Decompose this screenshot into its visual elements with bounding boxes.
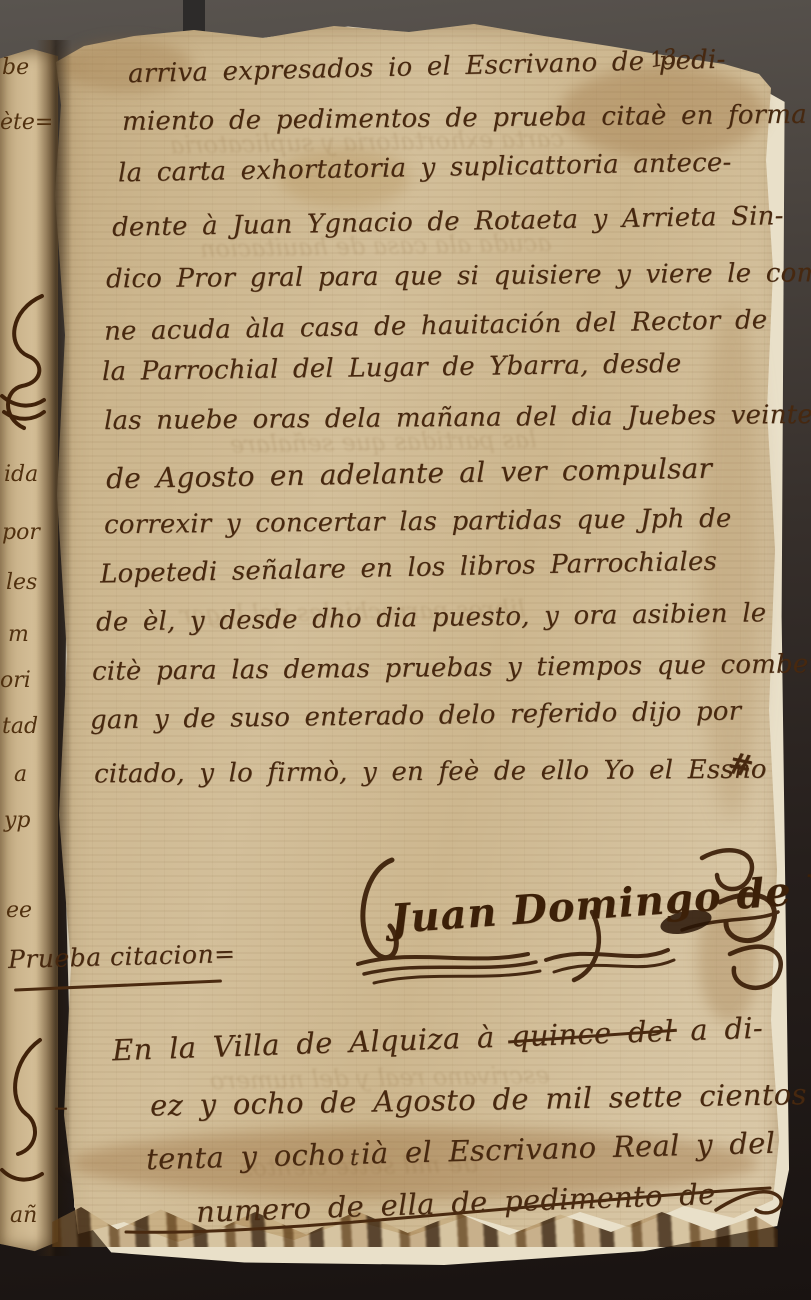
prev-page-fragment: añ	[10, 1203, 37, 1228]
prev-page-fragment: les	[6, 570, 37, 595]
line-text: a di-	[673, 1011, 763, 1048]
prev-page-fragment: por	[2, 520, 40, 545]
prev-page-fragment: ida	[4, 462, 38, 487]
prev-page-fragment: be	[2, 55, 29, 80]
margin-note: Prueba citacion=	[8, 939, 236, 974]
prev-page-fragment: ète=	[0, 110, 53, 135]
insertion-caret: t	[350, 1146, 359, 1171]
gutter-fold-shadow	[36, 40, 72, 1256]
prev-page-fragment: a	[14, 762, 27, 787]
prev-page-fragment: yp	[4, 808, 31, 833]
margin-dash: –	[54, 1090, 68, 1123]
prev-page-fragment: ee	[6, 898, 32, 923]
manuscript-line: citado, y lo firmò, y en feè de ello Yo …	[94, 755, 767, 790]
prev-page-fragment: m	[8, 622, 29, 647]
struck-text: quince del	[510, 1014, 674, 1054]
manuscript-line: dico Pror gral para que si quisiere y vi…	[106, 258, 811, 295]
manuscript-photo: carta exhortatoria y suplicatoria acuda …	[0, 0, 811, 1300]
manuscript-line: las nuebe oras dela mañana del dia Juebe…	[104, 400, 811, 436]
prev-page-fragment: tad	[2, 714, 38, 739]
prev-page-fragment: ori	[0, 668, 31, 693]
